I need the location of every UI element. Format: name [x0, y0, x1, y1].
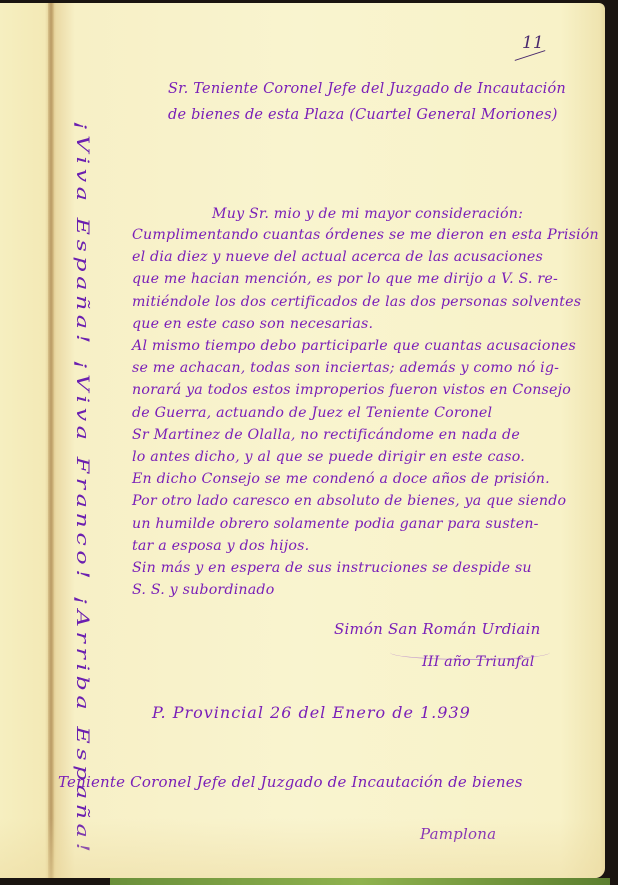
body-line: Cumplimentando cuantas órdenes se me die…	[132, 227, 599, 243]
body-line: Sr Martinez de Olalla, no rectificándome…	[132, 427, 520, 443]
signature: Simón San Román Urdiain	[334, 620, 541, 638]
year-note: III año Triunfal	[422, 654, 534, 670]
page-number: 11	[522, 33, 544, 53]
body-line: que en este caso son necesarias.	[132, 316, 373, 332]
body-line: S. S. y subordinado	[132, 582, 274, 598]
binding-fold	[48, 3, 54, 878]
body-line: lo antes dicho, y al que se puede dirigi…	[132, 449, 525, 465]
body-line: tar a esposa y dos hijos.	[132, 538, 309, 554]
body-line: En dicho Consejo se me condenó a doce añ…	[132, 471, 550, 487]
margin-note: ¡Viva España! ¡Viva Franco! ¡Arriba Espa…	[72, 121, 92, 857]
body-line: Al mismo tiempo debo participarle que cu…	[132, 338, 576, 354]
body-line: se me achacan, todas son inciertas; adem…	[132, 360, 559, 376]
addressee-line-1: Sr. Teniente Coronel Jefe del Juzgado de…	[168, 81, 566, 97]
body-line: Sin más y en espera de sus instruciones …	[132, 560, 532, 576]
letter-page: 11 ¡Viva España! ¡Viva Franco! ¡Arriba E…	[0, 3, 605, 878]
footer-addressee: Teniente Coronel Jefe del Juzgado de Inc…	[58, 773, 523, 791]
addressee-line-2: de bienes de esta Plaza (Cuartel General…	[168, 107, 558, 123]
place-date: P. Provincial 26 del Enero de 1.939	[152, 703, 471, 722]
body-line: un humilde obrero solamente podia ganar …	[132, 516, 539, 532]
salutation: Muy Sr. mio y de mi mayor consideración:	[212, 206, 523, 222]
footer-city: Pamplona	[420, 825, 496, 843]
body-line: que me hacian mención, es por lo que me …	[132, 271, 558, 287]
body-line: de Guerra, actuando de Juez el Teniente …	[132, 405, 492, 421]
body-line: mitiéndole los dos certificados de las d…	[132, 294, 581, 310]
next-page-edge	[110, 878, 610, 885]
body-line: norará ya todos estos improperios fueron…	[132, 382, 571, 398]
body-line: Por otro lado caresco en absoluto de bie…	[132, 493, 566, 509]
body-line: el dia diez y nueve del actual acerca de…	[132, 249, 543, 265]
